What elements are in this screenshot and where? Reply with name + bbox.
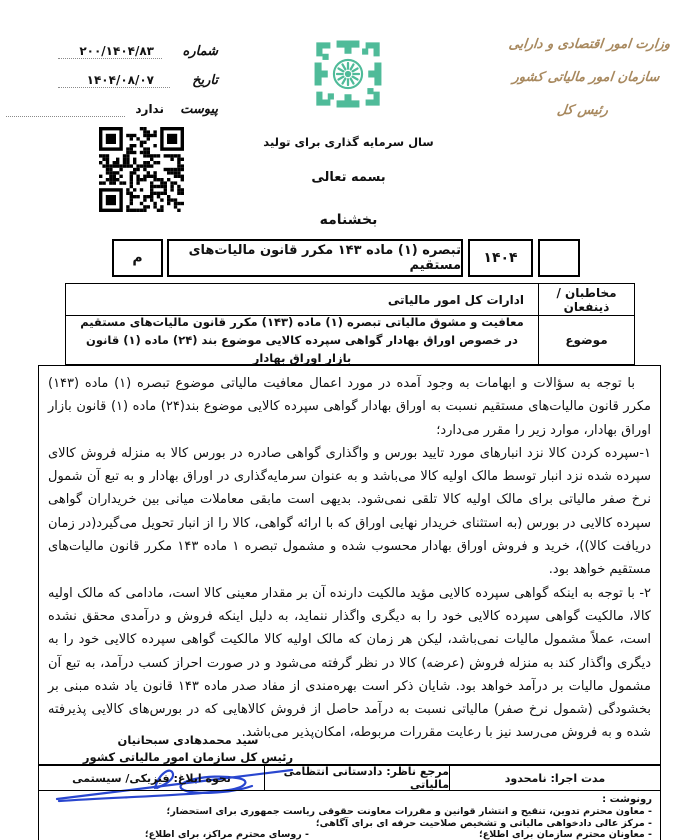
tax-organization-name: سازمان امور مالیاتی کشور [475, 61, 696, 94]
date-field: تاریخ ۱۴۰۴/۰۸/۰۷ [6, 63, 220, 92]
body-intro: با توجه به سؤالات و ابهامات به وجود آمده… [48, 372, 651, 442]
table-row-subject: موضوع معافیت و مشوق مالیاتی تبصره (۱) ما… [66, 315, 634, 364]
duration-cell: مدت اجرا: نامحدود [449, 766, 660, 790]
number-field-value: ۲۰۰/۱۴۰۴/۸۳ [79, 44, 154, 58]
production-year-slogan: سال سرمایه گذاری برای تولید [0, 135, 697, 149]
year-cell: ۱۴۰۴ [468, 239, 533, 277]
cc-label: رونوشت : [47, 794, 652, 806]
date-field-label: تاریخ [192, 73, 218, 88]
table-row-audience: مخاطبان /ذینفعان ادارات کل امور مالیاتی [66, 284, 634, 315]
dotted-line [58, 87, 170, 88]
cc-last-row: - معاونان محترم سازمان برای اطلاع؛ - روس… [47, 829, 652, 840]
attachment-field: پیوست ندارد [6, 92, 220, 121]
attachment-field-value: ندارد [135, 102, 164, 116]
ministry-calligraphy: وزارت امور اقتصادی و دارایی سازمان امور … [472, 28, 697, 127]
dotted-line [6, 116, 125, 117]
signer-title: رئیس کل سازمان امور مالیاتی کشور [69, 749, 307, 766]
serial-letter-cell: م [112, 239, 163, 277]
number-field: شماره ۲۰۰/۱۴۰۴/۸۳ [6, 34, 220, 63]
dotted-line [58, 58, 162, 59]
notification-cell: نحوه ابلاغ: فیزیکی/ سیستمی [39, 766, 264, 790]
cc-item: - معاون محترم تدوین، تنقیح و انتشار قوان… [47, 806, 652, 818]
subject-value: معافیت و مشوق مالیاتی تبصره (۱) ماده (۱۴… [66, 316, 538, 364]
cc-section: رونوشت : - معاون محترم تدوین، تنقیح و ان… [38, 791, 661, 840]
attachment-field-label: پیوست [180, 102, 218, 117]
circular-body: با توجه به سؤالات و ابهامات به وجود آمده… [38, 365, 661, 765]
circular-document-page: شماره ۲۰۰/۱۴۰۴/۸۳ تاریخ ۱۴۰۴/۰۸/۰۷ پیوست… [0, 0, 697, 840]
circular-subject-cell: تبصره (۱) ماده ۱۴۳ مکرر قانون مالیات‌های… [167, 239, 463, 277]
audience-value: ادارات کل امور مالیاتی [66, 284, 538, 315]
president-general-label: رئیس کل [472, 94, 693, 127]
signature-block: سید محمدهادی سبحانیان رئیس کل سازمان امو… [69, 732, 307, 766]
cc-item: - مرکز عالی دادخواهی مالیاتی و تشخیص صلا… [47, 818, 652, 830]
body-item-1: ۱-سپرده کردن کالا نزد انبارهای مورد تایی… [48, 442, 651, 582]
tax-org-logo-icon [304, 26, 392, 126]
supervisor-cell: مرجع ناظر: دادستانی انتظامی مالیاتی [264, 766, 449, 790]
info-table: مخاطبان /ذینفعان ادارات کل امور مالیاتی … [65, 283, 635, 365]
execution-info-row: مدت اجرا: نامحدود مرجع ناظر: دادستانی ان… [38, 765, 661, 791]
cc-item: - معاونان محترم سازمان برای اطلاع؛ [479, 829, 652, 840]
ministry-name: وزارت امور اقتصادی و دارایی [479, 28, 697, 61]
basmala: بسمه تعالی [0, 170, 697, 185]
date-field-value: ۱۴۰۴/۰۸/۰۷ [87, 73, 154, 87]
number-field-label: شماره [183, 44, 218, 59]
reference-fields: شماره ۲۰۰/۱۴۰۴/۸۳ تاریخ ۱۴۰۴/۰۸/۰۷ پیوست… [6, 34, 220, 121]
audience-label: مخاطبان /ذینفعان [538, 284, 634, 315]
signer-name: سید محمدهادی سبحانیان [69, 732, 307, 749]
body-item-2: ۲- با توجه به اینکه گواهی سپرده کالایی م… [48, 582, 651, 745]
circular-heading: بخشنامه [0, 212, 697, 228]
cc-item: - روسای محترم مراکز، برای اطلاع؛ [145, 829, 309, 840]
empty-reference-cell [538, 239, 580, 277]
subject-label: موضوع [538, 316, 634, 364]
